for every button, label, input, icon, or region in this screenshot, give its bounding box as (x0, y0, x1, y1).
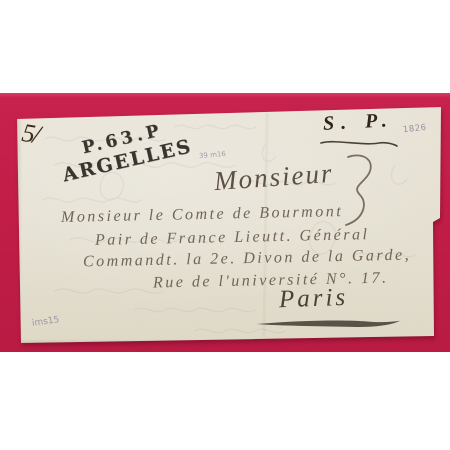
manuscript-weight-mark: 5/ (20, 118, 41, 150)
postal-cover-photo: 5/ P.63.P ARGELLES S. P. 1826 39 m16 ims… (0, 0, 450, 450)
destination-city: Paris (279, 284, 349, 314)
address-line-2: Pair de France Lieutt. Général (95, 226, 370, 250)
address-line-4: Rue de l'université N°. 17. (153, 270, 389, 293)
address-line-1: Monsieur le Comte de Bourmont (61, 203, 344, 227)
pencil-year-note: 1826 (403, 123, 428, 135)
letter-cover-wrap: 5/ P.63.P ARGELLES S. P. 1826 39 m16 ims… (15, 105, 447, 345)
postmark-stamp: P.63.P ARGELLES (50, 113, 200, 187)
pencil-bottom-note: ims15 (31, 315, 60, 329)
address-line-3: Commandt. la 2e. Divon de la Garde, (83, 247, 412, 272)
letter-cover: 5/ P.63.P ARGELLES S. P. 1826 39 m16 ims… (15, 105, 447, 345)
pencil-reference-note: 39 m16 (199, 150, 226, 160)
salutation-monsieur: Monsieur (213, 158, 334, 197)
sp-manuscript-mark: S. P. (322, 109, 394, 136)
